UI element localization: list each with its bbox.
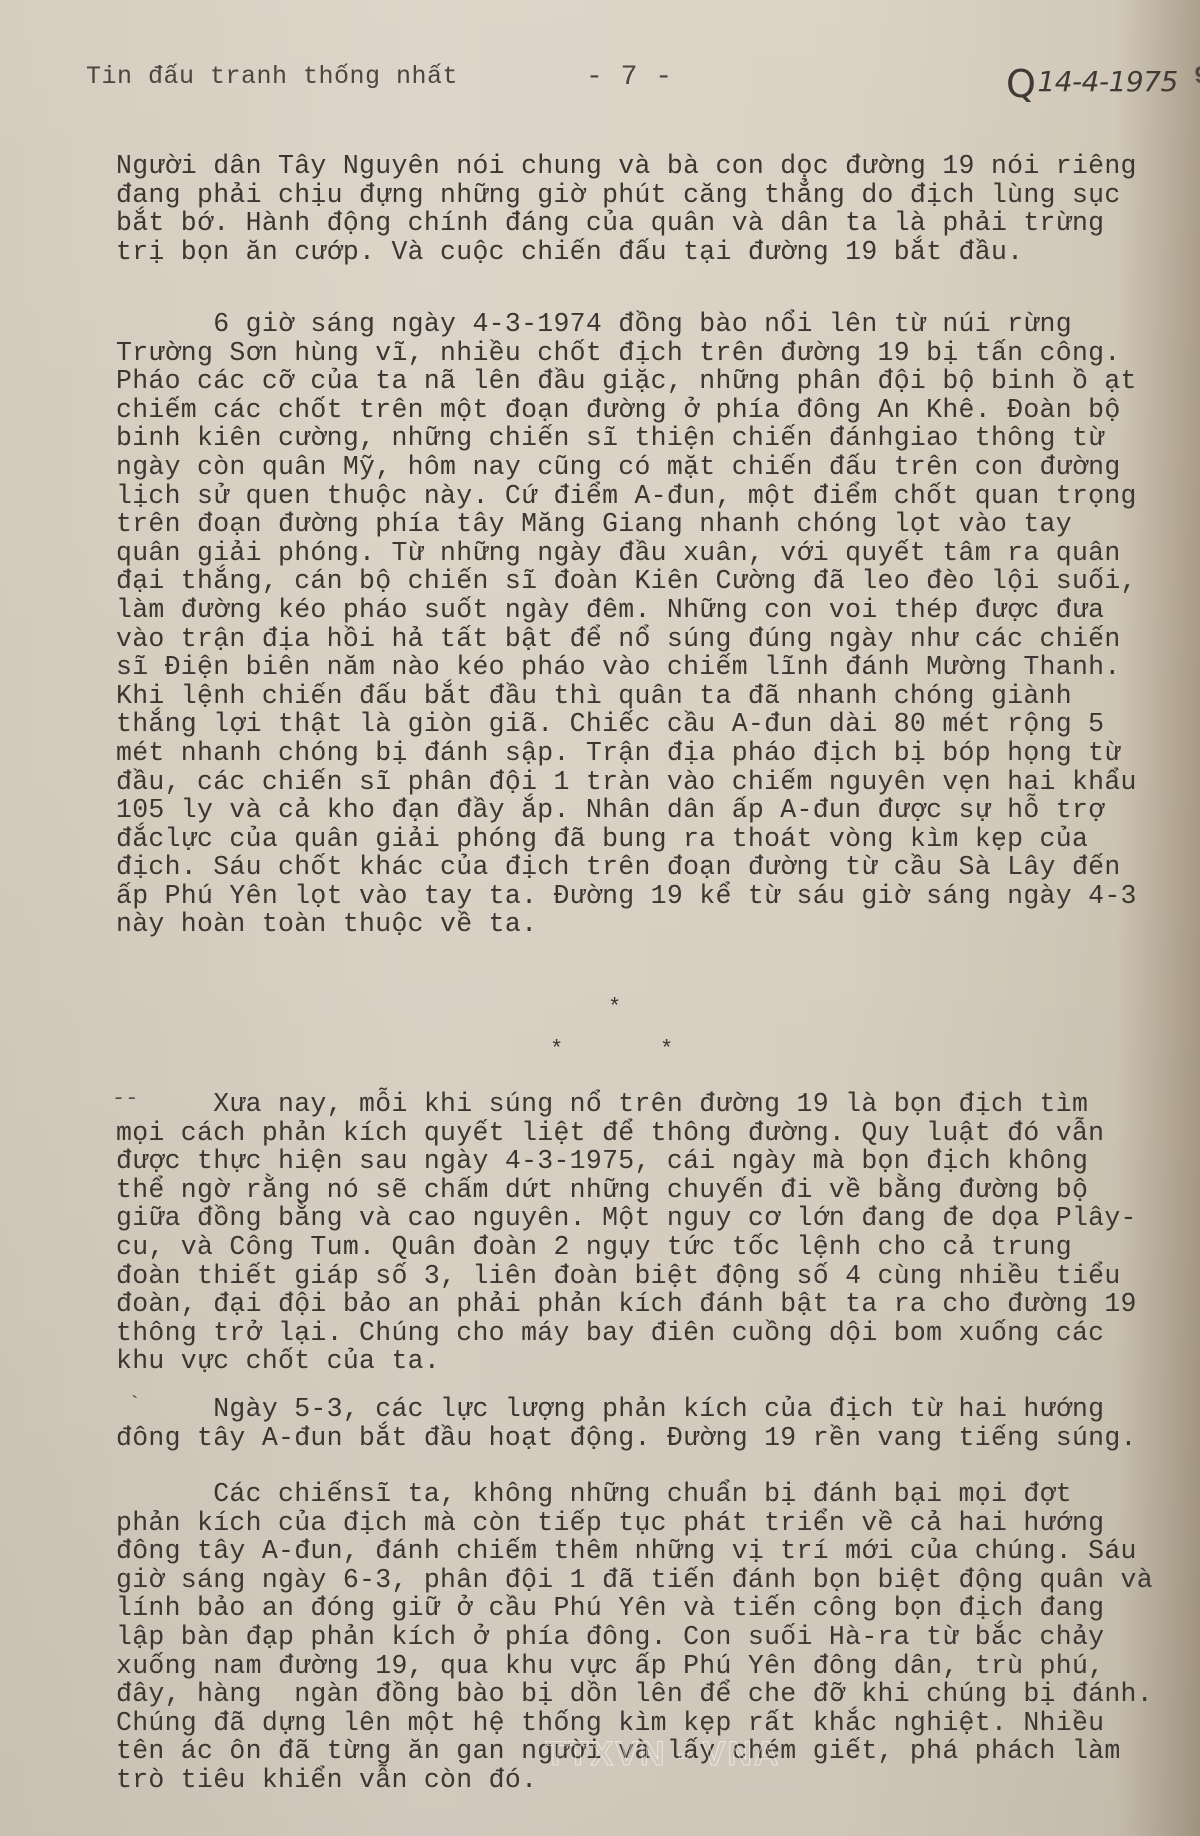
date-text: 14-4-1975	[1037, 65, 1177, 98]
text-line: đoàn thiết giáp số 3, liên đoàn biệt độn…	[116, 1262, 1196, 1291]
text-line: đây, hàng ngàn đồng bào bị dồn lên để ch…	[116, 1680, 1196, 1709]
text-line: giữa đồng bằng và cao nguyên. Một nguy c…	[116, 1204, 1196, 1233]
bulletin-title: Tin đấu tranh thống nhất	[86, 62, 458, 91]
text-line: xuống nam đường 19, qua khu vực ấp Phú Y…	[116, 1652, 1196, 1681]
text-line: đang phải chịu đựng những giờ phút căng …	[116, 181, 1196, 210]
page-number: - 7 -	[586, 62, 673, 93]
text-line: vào trận địa hồi hả tất bật để nổ súng đ…	[116, 625, 1196, 654]
text-line: địch. Sáu chốt khác của địch trên đoạn đ…	[116, 853, 1196, 882]
text-line: Xưa nay, mỗi khi súng nổ trên đường 19 l…	[116, 1090, 1196, 1119]
text-line: 6 giờ sáng ngày 4-3-1974 đồng bào nổi lê…	[116, 310, 1196, 339]
text-line: lập bàn đạp phản kích ở phía đông. Con s…	[116, 1623, 1196, 1652]
text-line: đắclực của quân giải phóng đã bung ra th…	[116, 825, 1196, 854]
text-line: ngày còn quân Mỹ, hôm nay cũng có mặt ch…	[116, 453, 1196, 482]
paragraph-1: Người dân Tây Nguyên nói chung và bà con…	[116, 152, 1196, 266]
page-header: Tin đấu tranh thống nhất - 7 - Q14-4-197…	[86, 62, 1186, 102]
text-line: 105 ly và cả kho đạn đầy ắp. Nhân dân ấp…	[116, 796, 1196, 825]
text-line: đông tây A-đun bắt đầu hoạt động. Đường …	[116, 1424, 1196, 1453]
text-line: thông trở lại. Chúng cho máy bay điên cu…	[116, 1319, 1196, 1348]
text-line: lịch sử quen thuộc này. Cứ điểm A-đun, m…	[116, 482, 1196, 511]
text-line: Chúng đã dựng lên một hệ thống kìm kẹp r…	[116, 1709, 1196, 1738]
paragraph-2: 6 giờ sáng ngày 4-3-1974 đồng bào nổi lê…	[116, 310, 1196, 939]
text-line: Ngày 5-3, các lực lượng phản kích của đị…	[116, 1395, 1196, 1424]
text-line: Các chiếnsĩ ta, không những chuẩn bị đán…	[116, 1480, 1196, 1509]
text-line: đông tây A-đun, đánh chiếm thêm những vị…	[116, 1537, 1196, 1566]
text-line: Khi lệnh chiến đấu bắt đầu thì quân ta đ…	[116, 682, 1196, 711]
text-line: làm đường kéo pháo suốt ngày đêm. Những …	[116, 596, 1196, 625]
text-line: chiếm các chốt trên một đoạn đường ở phí…	[116, 396, 1196, 425]
text-line: mét nhanh chóng bị đánh sập. Trận địa ph…	[116, 739, 1196, 768]
document-code: 9T.	[1194, 62, 1200, 91]
text-line: này hoàn toàn thuộc về ta.	[116, 910, 1196, 939]
text-line: trên đoạn đường phía tây Măng Giang nhan…	[116, 510, 1196, 539]
text-line: mọi cách phản kích quyết liệt để thông đ…	[116, 1119, 1196, 1148]
star-mark: *	[608, 995, 621, 1020]
handwritten-mark: Q	[1006, 62, 1035, 106]
text-line: ấp Phú Yên lọt vào tay ta. Đường 19 kể t…	[116, 882, 1196, 911]
text-line: Trường Sơn hùng vĩ, nhiều chốt địch trên…	[116, 339, 1196, 368]
text-line: quân giải phóng. Từ những ngày đầu xuân,…	[116, 539, 1196, 568]
text-line: khu vực chốt của ta.	[116, 1347, 1196, 1376]
star-mark: *	[660, 1037, 673, 1062]
text-line: binh kiên cường, những chiến sĩ thiện ch…	[116, 424, 1196, 453]
handwritten-date: Q14-4-1975	[1006, 56, 1178, 100]
text-line: được thực hiện sau ngày 4-3-1975, cái ng…	[116, 1147, 1196, 1176]
paragraph-4: Ngày 5-3, các lực lượng phản kích của đị…	[116, 1395, 1196, 1452]
text-line: đoàn, đại đội bảo an phải phản kích đánh…	[116, 1290, 1196, 1319]
watermark: TTXVN - VNA	[545, 1735, 780, 1774]
text-line: cu, và Công Tum. Quân đoàn 2 ngụy tức tố…	[116, 1233, 1196, 1262]
text-line: phản kích của địch mà còn tiếp tục phát …	[116, 1509, 1196, 1538]
text-line: trị bọn ăn cướp. Và cuộc chiến đấu tại đ…	[116, 238, 1196, 267]
text-line: sĩ Điện biên năm nào kéo pháo vào chiếm …	[116, 653, 1196, 682]
text-line: đầu, các chiến sĩ phân đội 1 tràn vào ch…	[116, 768, 1196, 797]
text-line: thắng lợi thật là giòn giã. Chiếc cầu A-…	[116, 710, 1196, 739]
text-line: thể ngờ rằng nó sẽ chấm dứt những chuyến…	[116, 1176, 1196, 1205]
text-line: bắt bớ. Hành động chính đáng của quân và…	[116, 209, 1196, 238]
text-line: Người dân Tây Nguyên nói chung và bà con…	[116, 152, 1196, 181]
text-line: giờ sáng ngày 6-3, phân đội 1 đã tiến đá…	[116, 1566, 1196, 1595]
text-line: lính bảo an đóng giữ ở cầu Phú Yên và ti…	[116, 1594, 1196, 1623]
star-mark: *	[550, 1037, 563, 1062]
paragraph-3: Xưa nay, mỗi khi súng nổ trên đường 19 l…	[116, 1090, 1196, 1376]
text-line: đại thắng, cán bộ chiến sĩ đoàn Kiên Cườ…	[116, 567, 1196, 596]
text-line: Pháo các cỡ của ta nã lên đầu giặc, nhữn…	[116, 367, 1196, 396]
